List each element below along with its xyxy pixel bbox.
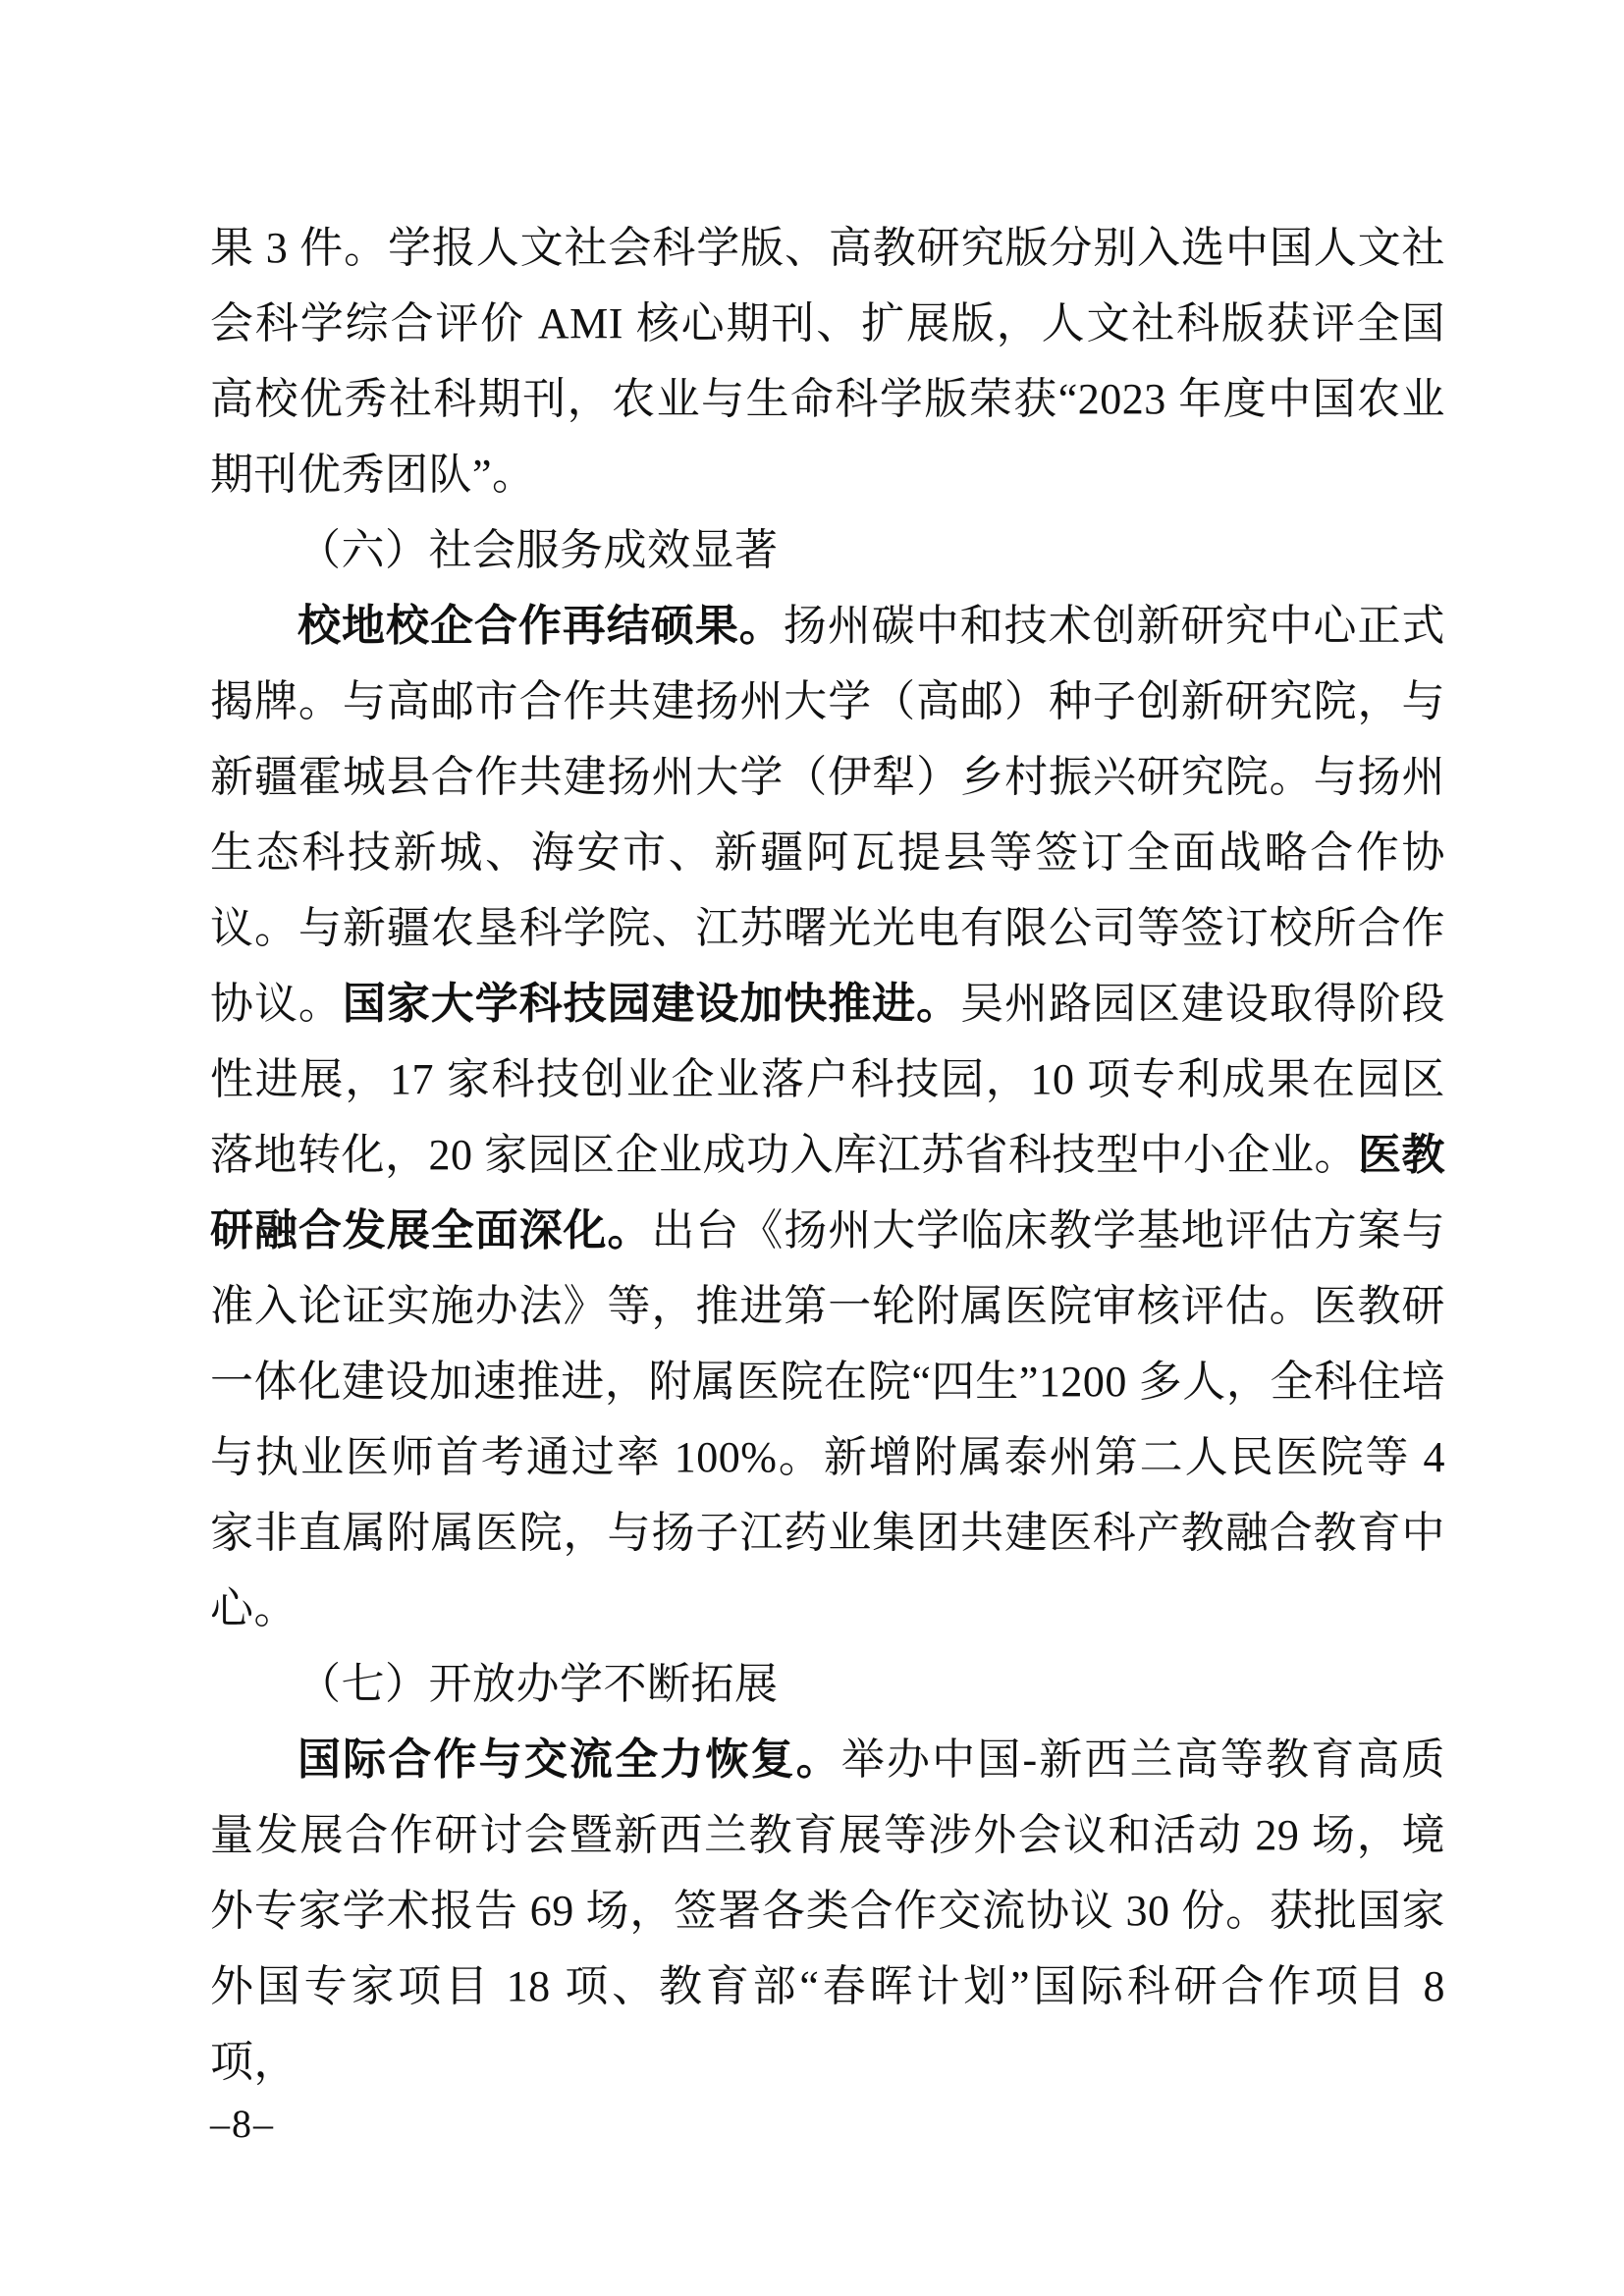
text-run: 出台《扬州大学临床教学基地评估方案与准入论证实施办法》等，推进第一轮附属医院审核… — [210, 1206, 1445, 1632]
emphasis-run: 国家大学科技园建设加快推进。 — [343, 980, 960, 1028]
document-body: 果 3 件。学报人文社会科学版、高教研究版分别入选中国人文社会科学综合评价 AM… — [210, 210, 1445, 2100]
text-run: 扬州碳中和技术创新研究中心正式揭牌。与高邮市合作共建扬州大学（高邮）种子创新研究… — [210, 602, 1445, 1028]
emphasis-run: 国际合作与交流全力恢复。 — [298, 1735, 841, 1784]
text-run: 果 3 件。学报人文社会科学版、高教研究版分别入选中国人文社会科学综合评价 AM… — [210, 224, 1445, 499]
body-paragraph: 国际合作与交流全力恢复。举办中国-新西兰高等教育高质量发展合作研讨会暨新西兰教育… — [210, 1722, 1445, 2100]
page-number: –8– — [210, 2101, 275, 2148]
section-heading: （七）开放办学不断拓展 — [210, 1646, 1445, 1722]
body-paragraph: 校地校企合作再结硕果。扬州碳中和技术创新研究中心正式揭牌。与高邮市合作共建扬州大… — [210, 588, 1445, 1646]
section-heading: （六）社会服务成效显著 — [210, 512, 1445, 588]
emphasis-run: 校地校企合作再结硕果。 — [298, 602, 784, 650]
text-run: （七）开放办学不断拓展 — [298, 1660, 779, 1708]
text-run: 举办中国-新西兰高等教育高质量发展合作研讨会暨新西兰教育展等涉外会议和活动 29… — [210, 1735, 1445, 2086]
body-paragraph: 果 3 件。学报人文社会科学版、高教研究版分别入选中国人文社会科学综合评价 AM… — [210, 210, 1445, 512]
text-run: （六）社会服务成效显著 — [298, 526, 779, 574]
document-page: 果 3 件。学报人文社会科学版、高教研究版分别入选中国人文社会科学综合评价 AM… — [0, 0, 1624, 2296]
